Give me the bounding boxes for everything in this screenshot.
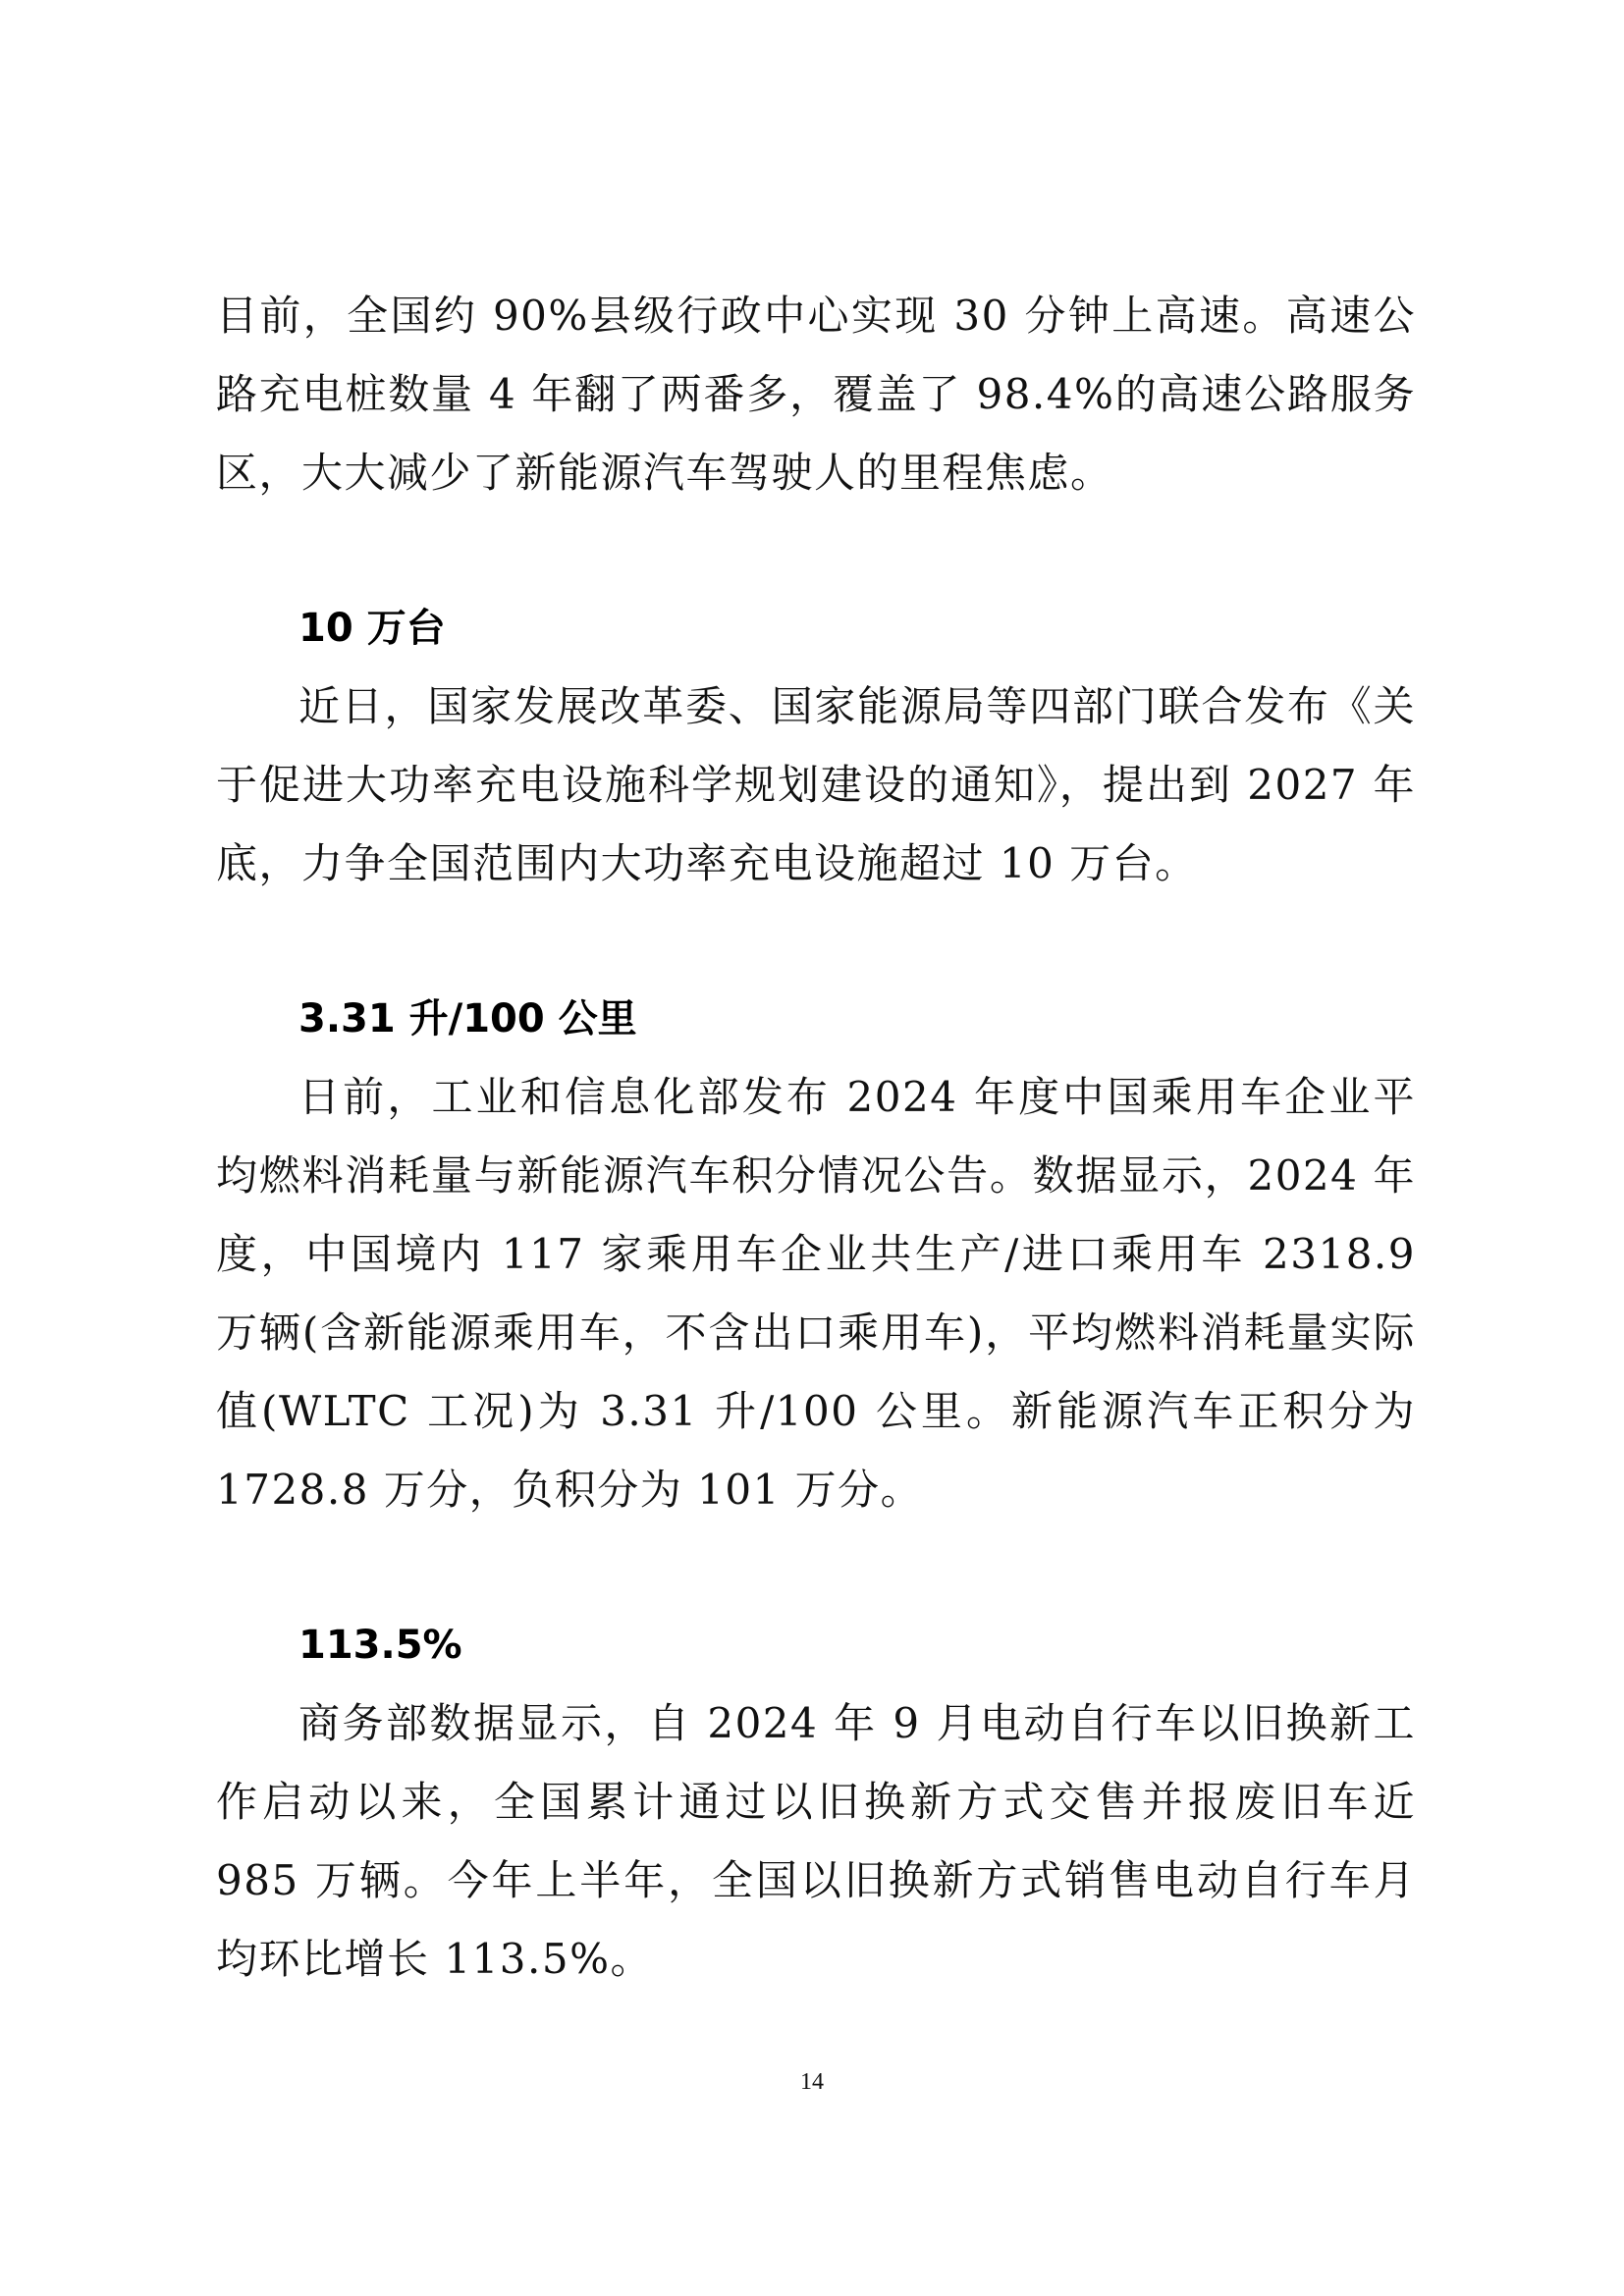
- section-ebike-tradein: 113.5% 商务部数据显示，自 2024 年 9 月电动自行车以旧换新工作启动…: [216, 1606, 1416, 1999]
- intro-paragraph: 目前，全国约 90%县级行政中心实现 30 分钟上高速。高速公路充电桩数量 4 …: [216, 277, 1416, 512]
- section-body: 商务部数据显示，自 2024 年 9 月电动自行车以旧换新工作启动以来，全国累计…: [216, 1684, 1416, 1999]
- section-body: 近日，国家发展改革委、国家能源局等四部门联合发布《关于促进大功率充电设施科学规划…: [216, 667, 1416, 903]
- section-heading: 3.31 升/100 公里: [216, 980, 1416, 1058]
- section-heading: 10 万台: [216, 589, 1416, 667]
- document-page: 目前，全国约 90%县级行政中心实现 30 分钟上高速。高速公路充电桩数量 4 …: [216, 277, 1416, 1999]
- section-heading: 113.5%: [216, 1606, 1416, 1684]
- page-number: 14: [0, 2069, 1624, 2096]
- section-fuel-consumption: 3.31 升/100 公里 日前，工业和信息化部发布 2024 年度中国乘用车企…: [216, 980, 1416, 1529]
- section-body: 日前，工业和信息化部发布 2024 年度中国乘用车企业平均燃料消耗量与新能源汽车…: [216, 1058, 1416, 1529]
- section-charging-facilities: 10 万台 近日，国家发展改革委、国家能源局等四部门联合发布《关于促进大功率充电…: [216, 589, 1416, 903]
